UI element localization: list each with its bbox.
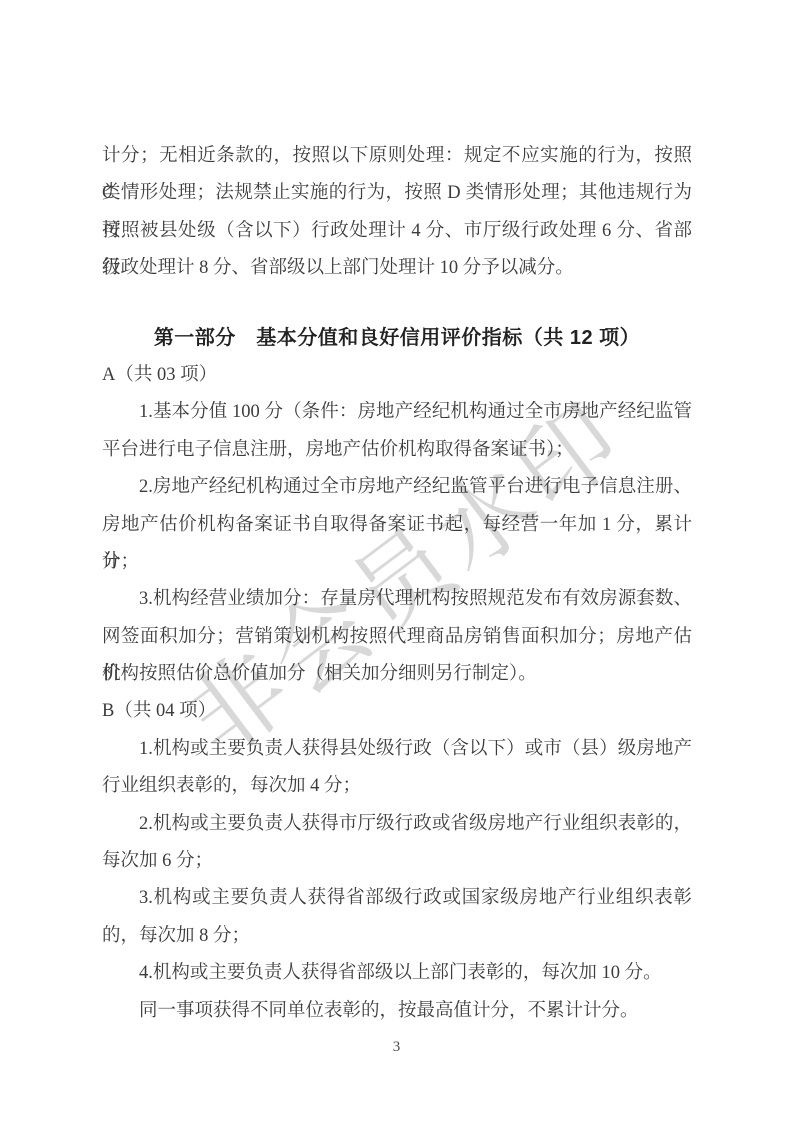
section-b-item-line: 3.机构或主要负责人获得省部级行政或国家级房地产行业组织表彰 [102, 880, 692, 917]
intro-paragraph-line: 按照被县处级（含以下）行政处理计 4 分、市厅级行政处理 6 分、省部级 [102, 213, 692, 250]
section-b-item-line: 1.机构或主要负责人获得县处级行政（含以下）或市（县）级房地产 [102, 731, 692, 768]
section-a-item-line: 分； [102, 544, 692, 581]
part-one-heading: 第一部分 基本分值和良好信用评价指标（共 12 项） [102, 320, 692, 357]
section-b-item-line: 同一事项获得不同单位表彰的，按最高值计分，不累计计分。 [102, 993, 692, 1030]
section-a-item-line: 房地产估价机构备案证书自取得备案证书起，每经营一年加 1 分，累计计 [102, 507, 692, 544]
document-page: 非会员水印 计分；无相近条款的，按照以下原则处理：规定不应实施的行为，按照 C … [0, 0, 793, 1122]
section-b-item-line: 4.机构或主要负责人获得省部级以上部门表彰的，每次加 10 分。 [102, 955, 692, 992]
section-b-item-line: 的，每次加 8 分； [102, 918, 692, 955]
section-a-label: A（共 03 项） [102, 357, 692, 394]
section-a-item-line: 网签面积加分；营销策划机构按照代理商品房销售面积加分；房地产估价 [102, 619, 692, 656]
intro-paragraph-line: 类情形处理；法规禁止实施的行为，按照 D 类情形处理；其他违规行为可 [102, 175, 692, 212]
document-content: 计分；无相近条款的，按照以下原则处理：规定不应实施的行为，按照 C 类情形处理；… [102, 138, 692, 1030]
section-a-item-line: 1.基本分值 100 分（条件：房地产经纪机构通过全市房地产经纪监管 [102, 394, 692, 431]
intro-paragraph-line: 计分；无相近条款的，按照以下原则处理：规定不应实施的行为，按照 C [102, 138, 692, 175]
section-b-item-line: 2.机构或主要负责人获得市厅级行政或省级房地产行业组织表彰的， [102, 806, 692, 843]
section-b-item-line: 行业组织表彰的，每次加 4 分； [102, 768, 692, 805]
page-number: 3 [0, 1036, 793, 1058]
section-a-item-line: 平台进行电子信息注册，房地产估价机构取得备案证书）； [102, 432, 692, 469]
section-a-item-line: 2.房地产经纪机构通过全市房地产经纪监管平台进行电子信息注册、 [102, 469, 692, 506]
section-b-label: B（共 04 项） [102, 693, 692, 730]
intro-paragraph-line: 行政处理计 8 分、省部级以上部门处理计 10 分予以减分。 [102, 250, 692, 287]
section-a-item-line: 机构按照估价总价值加分（相关加分细则另行制定）。 [102, 656, 692, 693]
section-b-item-line: 每次加 6 分； [102, 843, 692, 880]
section-a-item-line: 3.机构经营业绩加分：存量房代理机构按照规范发布有效房源套数、 [102, 581, 692, 618]
